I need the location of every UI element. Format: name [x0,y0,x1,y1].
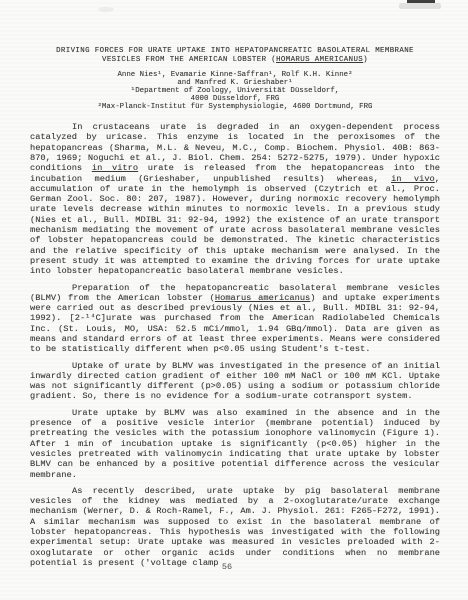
abstract-body: In crustaceans urate is degraded in an o… [30,122,440,568]
authors-line: ¹Department of Zoology, Universität Düss… [30,87,440,95]
page-number: 56 [0,562,454,572]
abstract-paragraph: Uptake of urate by BLMV was investigated… [30,361,440,402]
abstract-paragraph: Preparation of the hepatopancreatic baso… [30,283,440,355]
abstract-paragraph: Urate uptake by BLMV was also examined i… [30,408,440,480]
abstract-paragraph: As recently described, urate uptake by p… [30,486,440,568]
scanned-page: DRIVING FORCES FOR URATE UPTAKE INTO HEP… [0,0,468,600]
authors-line: and Manfred K. Grieshaber¹ [30,79,440,87]
abstract-paragraph: In crustaceans urate is degraded in an o… [30,122,440,276]
scan-smudge [98,7,114,12]
authors-line: 4000 Düsseldorf, FRG [30,95,440,103]
title-line-1: DRIVING FORCES FOR URATE UPTAKE INTO HEP… [30,47,440,56]
authors-line: Anne Nies¹, Evamarie Kinne-Saffran¹, Rol… [30,71,440,79]
scan-artifact-smudge [399,3,441,9]
authors-block: Anne Nies¹, Evamarie Kinne-Saffran¹, Rol… [30,71,440,111]
title-line-2: VESICLES FROM THE AMERICAN LOBSTER (HOMA… [30,56,440,65]
authors-line: ²Max-Planck-Institut für Systemphysiolog… [30,103,440,111]
paper-title: DRIVING FORCES FOR URATE UPTAKE INTO HEP… [30,47,440,66]
